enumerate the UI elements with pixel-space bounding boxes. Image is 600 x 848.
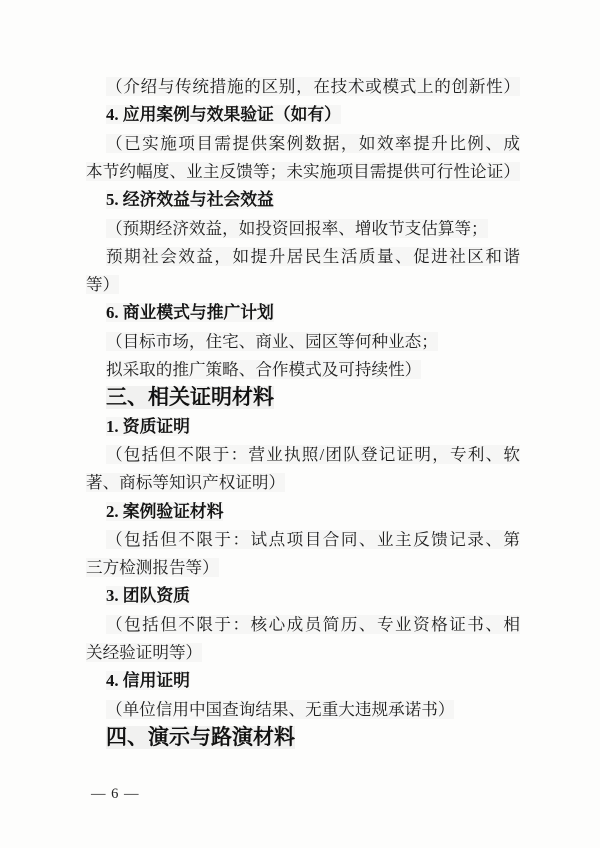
line-text: 4. 信用证明 (106, 671, 190, 690)
line-text: 3. 团队资质 (106, 586, 190, 605)
line-text: 等） (86, 275, 119, 294)
line-text: （包括但不限于：核心成员简历、专业资格证书、相 (106, 615, 520, 634)
numbered-heading: 3. 团队资质 (86, 582, 520, 611)
line-text: （包括但不限于：营业执照/团队登记证明，专利、软 (106, 445, 520, 464)
line-text: 本节约幅度、业主反馈等；未实施项目需提供可行性论证） (86, 162, 520, 181)
body-text-line: （目标市场，住宅、商业、园区等何种业态； (86, 328, 520, 357)
body-text-line: 本节约幅度、业主反馈等；未实施项目需提供可行性论证） (86, 158, 520, 187)
line-text: 关经验证明等） (86, 643, 202, 662)
document-body: （介绍与传统措施的区别，在技术或模式上的创新性）4. 应用案例与效果验证（如有）… (0, 0, 600, 848)
body-text-line: 等） (86, 271, 520, 300)
line-text: 6. 商业模式与推广计划 (106, 303, 274, 322)
section-heading: 三、相关证明材料 (86, 384, 520, 413)
line-text: （预期经济效益，如投资回报率、增收节支估算等； (106, 219, 488, 238)
line-text: 2. 案例验证材料 (106, 502, 223, 521)
numbered-heading: 1. 资质证明 (86, 413, 520, 442)
body-text-line: （包括但不限于：试点项目合同、业主反馈记录、第 (86, 526, 520, 555)
numbered-heading: 4. 信用证明 (86, 667, 520, 696)
line-text: 4. 应用案例与效果验证（如有） (106, 105, 341, 124)
line-text: 三方检测报告等） (86, 558, 219, 577)
line-text: （包括但不限于：试点项目合同、业主反馈记录、第 (106, 530, 520, 549)
line-text: 著、商标等知识产权证明） (86, 473, 285, 492)
page-number: — 6 — (91, 784, 140, 804)
line-text: 四、演示与路演材料 (106, 726, 295, 749)
numbered-heading: 4. 应用案例与效果验证（如有） (86, 101, 520, 130)
section-heading: 四、演示与路演材料 (86, 724, 520, 753)
body-text-line: 三方检测报告等） (86, 554, 520, 583)
body-text-line: （预期经济效益，如投资回报率、增收节支估算等； (86, 215, 520, 244)
body-text-line: （单位信用中国查询结果、无重大违规承诺书） (86, 696, 520, 725)
numbered-heading: 2. 案例验证材料 (86, 498, 520, 527)
line-text: 三、相关证明材料 (106, 386, 274, 409)
line-text: 拟采取的推广策略、合作模式及可持续性） (106, 360, 421, 379)
body-text-line: 关经验证明等） (86, 639, 520, 668)
line-text: 预期社会效益，如提升居民生活质量、促进社区和谐 (106, 247, 520, 266)
body-text-line: （包括但不限于：营业执照/团队登记证明，专利、软 (86, 441, 520, 470)
body-text-line: 预期社会效益，如提升居民生活质量、促进社区和谐 (86, 243, 520, 272)
body-text-line: 拟采取的推广策略、合作模式及可持续性） (86, 356, 520, 385)
line-text: （已实施项目需提供案例数据，如效率提升比例、成 (106, 134, 520, 153)
line-text: （目标市场，住宅、商业、园区等何种业态； (106, 332, 438, 351)
numbered-heading: 5. 经济效益与社会效益 (86, 186, 520, 215)
body-text-line: （包括但不限于：核心成员简历、专业资格证书、相 (86, 611, 520, 640)
line-text: 1. 资质证明 (106, 417, 190, 436)
body-text-line: （介绍与传统措施的区别，在技术或模式上的创新性） (86, 73, 520, 102)
line-text: （介绍与传统措施的区别，在技术或模式上的创新性） (106, 77, 520, 96)
line-text: 5. 经济效益与社会效益 (106, 190, 274, 209)
document-page: （介绍与传统措施的区别，在技术或模式上的创新性）4. 应用案例与效果验证（如有）… (0, 0, 600, 848)
numbered-heading: 6. 商业模式与推广计划 (86, 299, 520, 328)
body-text-line: 著、商标等知识产权证明） (86, 469, 520, 498)
body-text-line: （已实施项目需提供案例数据，如效率提升比例、成 (86, 130, 520, 159)
line-text: （单位信用中国查询结果、无重大违规承诺书） (106, 700, 454, 719)
